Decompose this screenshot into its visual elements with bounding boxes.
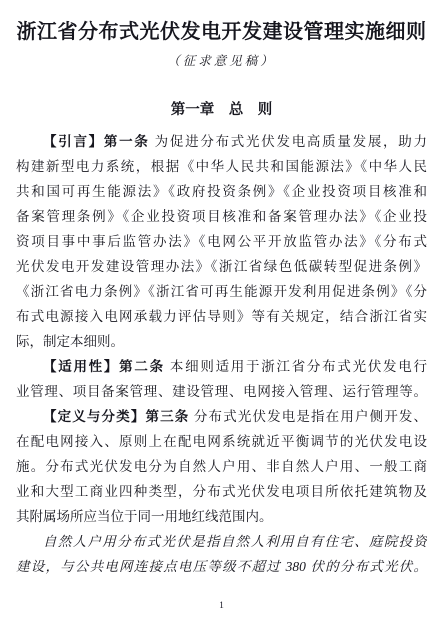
document-title: 浙江省分布式光伏发电开发建设管理实施细则 [0,19,443,46]
clause-label: 【适用性】第二条 [43,359,165,374]
body-line: 《浙江省电力条例》《浙江省可再生能源开发利用促进条例》《分 [16,279,427,304]
body-line: 构建新型电力系统，根据《中华人民共和国能源法》《中华人民 [16,154,427,179]
body-line: 在配电网接入、原则上在配电网系统就近平衡调节的光伏发电设 [16,429,427,454]
body-text: 【引言】第一条 为促进分布式光伏发电高质量发展，助力构建新型电力系统，根据《中华… [16,129,427,579]
page-number: 1 [0,601,443,611]
body-line: 业管理、项目备案管理、建设管理、电网接入管理、运行管理等。 [16,379,427,404]
body-line: 【定义与分类】第三条 分布式光伏发电是指在用户侧开发、 [16,404,427,429]
document-page: 浙江省分布式光伏发电开发建设管理实施细则 （征求意见稿） 第一章 总 则 【引言… [0,0,443,622]
body-line: 业和大型工商业四种类型，分布式光伏发电项目所依托建筑物及 [16,479,427,504]
body-line: 【引言】第一条 为促进分布式光伏发电高质量发展，助力 [16,129,427,154]
body-line: 施。分布式光伏发电分为自然人户用、非自然人户用、一般工商 [16,454,427,479]
body-line: 共和国可再生能源法》《政府投资条例》《企业投资项目核准和 [16,179,427,204]
body-line: 光伏发电开发建设管理办法》《浙江省绿色低碳转型促进条例》 [16,254,427,279]
body-line: 际，制定本细则。 [16,329,427,354]
clause-label: 【定义与分类】第三条 [43,409,189,424]
body-line: 资项目事中事后监管办法》《电网公平开放监管办法》《分布式 [16,229,427,254]
body-line: 其附属场所应当位于同一用地红线范围内。 [16,504,427,529]
body-line: 自然人户用分布式光伏是指自然人利用自有住宅、庭院投资 [16,529,427,554]
body-line: 建设，与公共电网连接点电压等级不超过 380 伏的分布式光伏。 [16,554,427,579]
body-line: 备案管理条例》《企业投资项目核准和备案管理办法》《企业投 [16,204,427,229]
draft-note: （征求意见稿） [0,53,443,70]
clause-label: 【引言】第一条 [43,134,150,149]
body-line: 布式电源接入电网承载力评估导则》等有关规定，结合浙江省实 [16,304,427,329]
body-line: 【适用性】第二条 本细则适用于浙江省分布式光伏发电行 [16,354,427,379]
chapter-heading: 第一章 总 则 [0,102,443,119]
